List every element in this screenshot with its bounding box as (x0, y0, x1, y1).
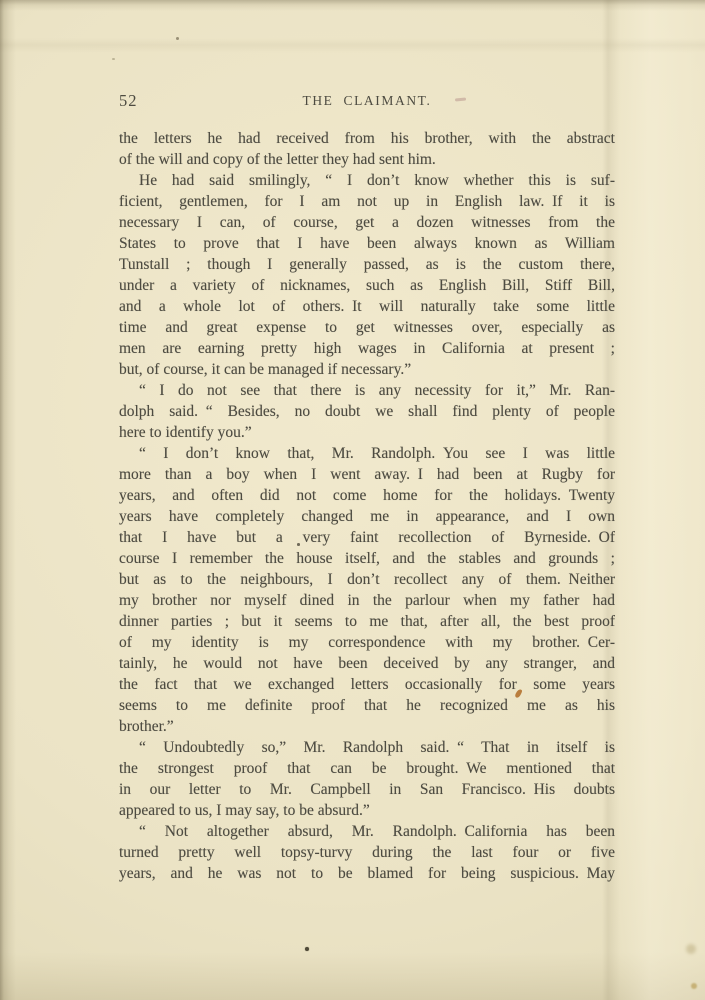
paragraph: “ Undoubtedly so,” Mr. Randolph said. “ … (119, 737, 615, 821)
text-block: the letters he had received from his bro… (119, 128, 615, 884)
text-line: men are earning pretty high wages in Cal… (119, 338, 615, 359)
text-line: “ Not altogether absurd, Mr. Randolph. C… (119, 821, 615, 842)
text-line: seems to me definite proof that he recog… (119, 695, 615, 716)
text-line: turned pretty well topsy-turvy during th… (119, 842, 615, 863)
text-line: dinner parties ; but it seems to me that… (119, 611, 615, 632)
text-line: years, and he was not to be blamed for b… (119, 863, 615, 884)
text-line: appeared to us, I may say, to be absurd.… (119, 800, 615, 821)
paper-blotch-artifact (691, 983, 697, 989)
paragraph: He had said smilingly, “ I don’t know wh… (119, 170, 615, 380)
text-line: and a whole lot of others. It will natur… (119, 296, 615, 317)
paragraph: “ Not altogether absurd, Mr. Randolph. C… (119, 821, 615, 884)
text-line: Tunstall ; though I generally passed, as… (119, 254, 615, 275)
text-line: more than a boy when I went away. I had … (119, 464, 615, 485)
text-line: necessary I can, of course, get a dozen … (119, 212, 615, 233)
paragraph: “ I do not see that there is any necessi… (119, 380, 615, 443)
text-line: “ I don’t know that, Mr. Randolph. You s… (119, 443, 615, 464)
paper-speck-artifact (176, 37, 179, 40)
text-line: in our letter to Mr. Campbell in San Fra… (119, 779, 615, 800)
text-line: of my identity is my correspondence with… (119, 632, 615, 653)
text-line: dolph said. “ Besides, no doubt we shall… (119, 401, 615, 422)
text-line: States to prove that I have been always … (119, 233, 615, 254)
text-line: “ Undoubtedly so,” Mr. Randolph said. “ … (119, 737, 615, 758)
text-line: course I remember the house itself, and … (119, 548, 615, 569)
page-number: 52 (119, 91, 138, 111)
text-line: years have completely changed me in appe… (119, 506, 615, 527)
text-line: “ I do not see that there is any necessi… (119, 380, 615, 401)
text-line: years, and often did not come home for t… (119, 485, 615, 506)
text-line: my brother nor myself dined in the parlo… (119, 590, 615, 611)
text-line: under a variety of nicknames, such as En… (119, 275, 615, 296)
text-line: the fact that we exchanged letters occas… (119, 674, 615, 695)
text-line: the strongest proof that can be brought.… (119, 758, 615, 779)
paper-blotch-artifact (686, 944, 696, 954)
text-line: He had said smilingly, “ I don’t know wh… (119, 170, 615, 191)
text-line: the letters he had received from his bro… (119, 128, 615, 149)
text-line: time and great expense to get witnesses … (119, 317, 615, 338)
text-line: but as to the neighbours, I don’t recoll… (119, 569, 615, 590)
paper-speck-artifact (112, 58, 115, 60)
text-line: ficient, gentlemen, for I am not up in E… (119, 191, 615, 212)
text-line: tainly, he would not have been deceived … (119, 653, 615, 674)
text-line: brother.” (119, 716, 615, 737)
paragraph: the letters he had received from his bro… (119, 128, 615, 170)
text-line: but, of course, it can be managed if nec… (119, 359, 615, 380)
text-line: of the will and copy of the letter they … (119, 149, 615, 170)
book-page-scan: 52 THE CLAIMANT. the letters he had rece… (0, 0, 705, 1000)
ink-dot-artifact (297, 543, 300, 546)
paragraph: “ I don’t know that, Mr. Randolph. You s… (119, 443, 615, 737)
running-title: THE CLAIMANT. (302, 91, 431, 109)
ink-dot-artifact (305, 947, 309, 951)
text-line: here to identify you.” (119, 422, 615, 443)
page-header: 52 THE CLAIMANT. (119, 91, 615, 111)
text-line: that I have but a very faint recollectio… (119, 527, 615, 548)
